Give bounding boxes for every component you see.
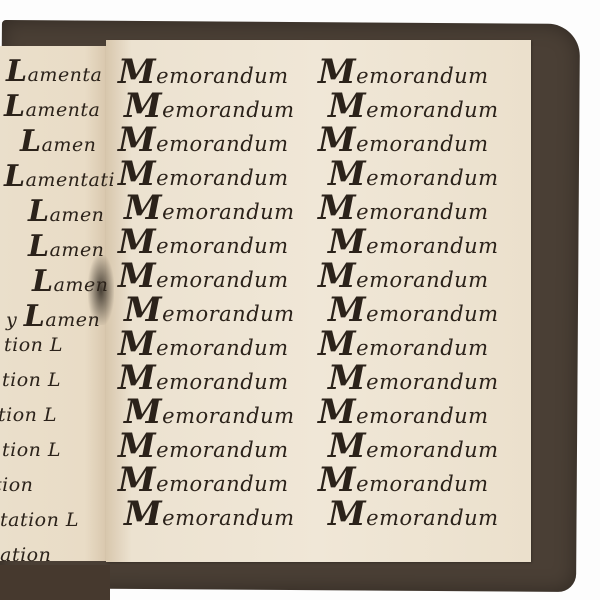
word-remainder: emorandum [156,370,288,394]
handwritten-line: Memorandum [328,494,499,534]
word-remainder: amentati [26,169,116,191]
word-remainder: tation L [0,509,79,531]
word-remainder: tion [0,474,33,496]
handwritten-line: Lamen [28,229,104,264]
handwritten-line: Lamen [20,124,96,159]
handwritten-line: tion L [4,334,63,356]
capital-letter: L [4,89,26,124]
word-remainder: tion L [2,369,61,391]
handwritten-line: tion L [0,404,57,426]
word-remainder: emorandum [162,506,294,530]
word-remainder: emorandum [162,98,294,122]
word-remainder: emorandum [366,302,498,326]
capital-letter: L [24,299,46,334]
word-remainder: amen [45,309,100,331]
capital-letter: L [28,194,50,229]
handwritten-line: tion L [2,369,61,391]
handwritten-line: y Lamen [6,299,100,334]
word-remainder: emorandum [356,200,488,224]
word-remainder: emorandum [156,268,288,292]
handwritten-line: tation [0,544,51,566]
word-remainder: emorandum [162,302,294,326]
word-remainder: amen [42,134,97,156]
word-remainder: emorandum [356,268,488,292]
word-remainder: emorandum [356,336,488,360]
word-remainder: emorandum [156,132,288,156]
handwritten-line: tion [0,474,33,496]
capital-letter: M [328,494,366,534]
word-remainder: emorandum [156,336,288,360]
word-remainder: amen [50,239,105,261]
word-remainder: emorandum [366,370,498,394]
word-remainder: emorandum [156,472,288,496]
word-remainder: amenta [28,64,103,86]
word-remainder: emorandum [162,200,294,224]
handwritten-line: Lamenta [4,89,100,124]
word-remainder: emorandum [156,234,288,258]
word-remainder: tion L [4,334,63,356]
word-remainder: emorandum [156,64,288,88]
word-remainder: amen [50,204,105,226]
line-prefix: y [6,309,24,331]
word-remainder: tion L [0,404,57,426]
handwritten-line: tation L [0,509,79,531]
cover-corner [0,565,110,600]
word-remainder: emorandum [356,472,488,496]
capital-letter: L [20,124,42,159]
word-remainder: emorandum [356,132,488,156]
word-remainder: emorandum [366,234,498,258]
handwritten-line: Lamentati [4,159,115,194]
word-remainder: emorandum [366,438,498,462]
word-remainder: emorandum [156,166,288,190]
handwritten-line: Lamenta [6,54,102,89]
capital-letter: L [6,54,28,89]
word-remainder: emorandum [356,404,488,428]
word-remainder: tion L [2,439,61,461]
handwritten-line: Lamen [32,264,108,299]
word-remainder: emorandum [356,64,488,88]
capital-letter: L [32,264,54,299]
word-remainder: emorandum [162,404,294,428]
handwritten-line: Lamen [28,194,104,229]
capital-letter: L [4,159,26,194]
word-remainder: tation [0,544,51,566]
word-remainder: amenta [26,99,101,121]
word-remainder: emorandum [156,438,288,462]
capital-letter: M [124,494,162,534]
word-remainder: amen [54,274,109,296]
notebook-photo: LamentaLamentaLamenLamentatiLamenLamenLa… [0,0,600,600]
handwritten-line: Memorandum [124,494,295,534]
word-remainder: emorandum [366,506,498,530]
handwritten-line: tion L [2,439,61,461]
word-remainder: emorandum [366,98,498,122]
word-remainder: emorandum [366,166,498,190]
capital-letter: L [28,229,50,264]
